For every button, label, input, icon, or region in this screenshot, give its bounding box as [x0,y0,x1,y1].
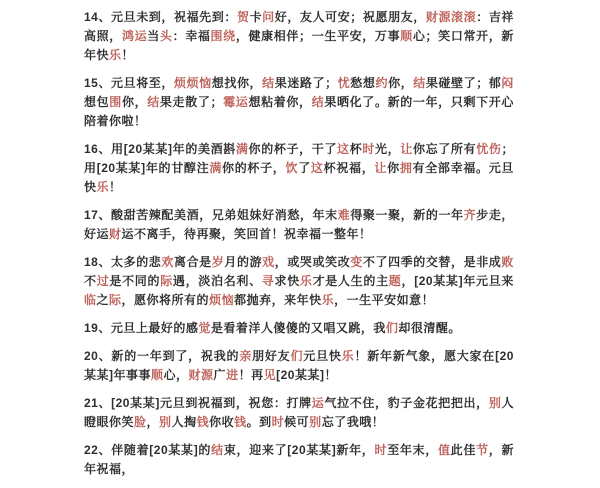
greeting-text: 想包 [84,95,109,109]
greeting-text: 你 [387,161,400,175]
greeting-text: ，一生平安如意！ [334,293,434,307]
highlighted-keyword: 临 [84,293,97,307]
highlighted-keyword: 戏 [262,255,275,269]
greeting-item-17: 17、酸甜苦辣配美酒，兄弟姐妹好消愁，年末难得聚一聚，新的一年齐步走，好运财运不… [84,206,514,244]
highlighted-keyword: 闷 [501,76,514,90]
highlighted-keyword: 际 [160,274,173,288]
greeting-text: 求快 [275,274,300,288]
greeting-text: 你忘了所有 [413,142,476,156]
greeting-text: 杯 [350,142,363,156]
greeting-text: 果走散了； [160,95,223,109]
greeting-text: 你的杯子， [222,161,286,175]
highlighted-keyword: 财源滚滚 [426,10,476,24]
greeting-text: ！再 [239,368,264,382]
highlighted-keyword: 满 [236,142,249,156]
greeting-text: 16、用[20某某]年的美酒斟 [84,142,236,156]
highlighted-keyword: 过 [97,274,110,288]
greeting-text: 光， [375,142,400,156]
highlighted-keyword: 结 [262,76,275,90]
greeting-text: 不 [84,274,97,288]
greeting-text: [20某某]！ [276,368,337,382]
greeting-text: 愁想 [350,76,375,90]
greeting-item-18: 18、太多的悲欢离合是岁月的游戏，或哭或笑改变不了四季的交替，是非成败不过是不同… [84,253,514,310]
greeting-text: 14、元旦未到，祝福先到： [84,10,237,24]
highlighted-keyword: 亲 [239,349,252,363]
highlighted-keyword: 围绕 [211,29,236,43]
greeting-text: 得聚一聚，新的一年 [350,208,463,222]
greeting-item-14: 14、元旦未到，祝福先到：贺卡问好，友人可安；祝愿朋友，财源滚滚：吉祥高照，鸿运… [84,8,514,65]
highlighted-keyword: 结 [413,76,426,90]
highlighted-keyword: 这 [337,142,350,156]
greeting-text: 心， [164,368,189,382]
highlighted-keyword: 别 [489,396,502,400]
highlighted-keyword: 贺 [237,10,250,24]
highlighted-keyword: 约 [375,76,388,90]
highlighted-keyword: 乐 [322,293,335,307]
highlighted-keyword: 乐 [97,180,110,194]
greeting-text: 却很清醒。 [398,321,461,335]
highlighted-keyword: 岁 [212,255,225,269]
greeting-text: 18、太多的悲 [84,255,161,269]
highlighted-keyword: 让 [374,161,387,175]
greeting-text: ，[20某某]年元旦来 [402,274,514,288]
greeting-text: 17、酸甜苦辣配美酒，兄弟姐妹好消愁，年末 [84,208,338,222]
highlighted-keyword: 乐 [109,48,122,62]
greeting-text: 气拉不住，豹子金花把把出， [324,396,488,400]
highlighted-keyword: 题 [389,274,402,288]
highlighted-keyword: 财 [109,227,122,241]
greeting-text: 都抛弃，来年快 [234,293,322,307]
highlighted-keyword: 见 [264,368,277,382]
greeting-text: 了 [298,161,311,175]
greeting-text: 19、元旦上最好的感 [84,321,198,335]
greetings-list: 14、元旦未到，祝福先到：贺卡问好，友人可安；祝愿朋友，财源滚滚：吉祥高照，鸿运… [84,8,514,400]
highlighted-keyword: 顺 [400,29,413,43]
highlighted-keyword: 结 [312,95,325,109]
greeting-text: 想粘着你， [248,95,311,109]
greeting-text: 想找你， [212,76,262,90]
highlighted-keyword: 忧 [338,76,351,90]
greeting-text: 运不离手，待再聚，笑回首！祝幸福一整年！ [122,227,372,241]
highlighted-keyword: 让 [400,142,413,156]
highlighted-keyword: 进 [226,368,239,382]
greeting-text: 遇，淡泊名利、 [173,274,262,288]
greeting-text: 不了四季的交替，是非成 [363,255,502,269]
greeting-item-15: 15、元旦将至，烦烦恼想找你，结果迷路了；忧愁想约你，结果碰壁了；郁闷想包围你，… [84,74,514,131]
highlighted-keyword: 问 [262,10,275,24]
greeting-text: 广 [214,368,227,382]
highlighted-keyword: 结 [147,95,160,109]
greeting-text: 是看着洋人傻傻的又唱又跳，我 [211,321,386,335]
greeting-text: 好，友人可安；祝愿朋友， [275,10,426,24]
greeting-text: 21、[20某某]元旦到祝福到，祝您：打牌 [84,396,312,400]
highlighted-keyword: 这 [311,161,324,175]
greeting-text: 20、新的一年到了，祝我的 [84,349,239,363]
greeting-item-20: 20、新的一年到了，祝我的亲朋好友们元旦快乐！新年新气象，愿大家在[20某某]年… [84,347,514,385]
greeting-text: 你的杯子，干了 [249,142,338,156]
greeting-text: 你， [122,95,147,109]
highlighted-keyword: 饮 [286,161,299,175]
highlighted-keyword: 寻 [262,274,275,288]
greeting-text: 杯祝福， [324,161,375,175]
greeting-text: 才是人生的主 [313,274,389,288]
greeting-text: ！ [122,48,135,62]
greeting-text: ，或哭或笑改 [275,255,351,269]
highlighted-keyword: 忧伤 [476,142,501,156]
highlighted-keyword: 觉 [198,321,211,335]
greeting-text: ！ [109,180,122,194]
highlighted-keyword: 乐 [342,349,355,363]
greeting-text: 果迷路了； [275,76,338,90]
greeting-item-19: 19、元旦上最好的感觉是看着洋人傻傻的又唱又跳，我们却很清醒。 [84,319,514,338]
highlighted-keyword: 齐 [464,208,477,222]
highlighted-keyword: 时 [362,142,375,156]
highlighted-keyword: 们 [386,321,399,335]
greeting-text: 你， [388,76,413,90]
highlighted-keyword: 败 [501,255,514,269]
greeting-text: 朋好友 [252,349,290,363]
highlighted-keyword: 运 [312,396,325,400]
greeting-text: 月的游 [224,255,262,269]
highlighted-keyword: 烦恼 [209,293,234,307]
highlighted-keyword: 乐 [300,274,313,288]
highlighted-keyword: 难 [338,208,351,222]
highlighted-keyword: 围 [109,95,122,109]
highlighted-keyword: 变 [350,255,363,269]
highlighted-keyword: 顺 [151,368,164,382]
highlighted-keyword: 鸿运 [122,29,147,43]
greeting-text: ，健康相伴；一生平安，万事 [236,29,400,43]
greeting-text: 离合是 [174,255,212,269]
greetings-document: 14、元旦未到，祝福先到：贺卡问好，友人可安；祝愿朋友，财源滚滚：吉祥高照，鸿运… [84,8,514,400]
greeting-text: 当 [147,29,160,43]
greeting-item-21: 21、[20某某]元旦到祝福到，祝您：打牌运气拉不住，豹子金花把把出，别人瞪眼你… [84,394,514,400]
highlighted-keyword: 头 [160,29,173,43]
greeting-text: 之 [97,293,110,307]
highlighted-keyword: 烦烦恼 [174,76,212,90]
greeting-text: ：幸福 [173,29,211,43]
greeting-text: 果碰壁了；郁 [426,76,502,90]
greeting-text: 是不同的 [109,274,160,288]
greeting-item-16: 16、用[20某某]年的美酒斟满你的杯子，干了这杯时光，让你忘了所有忧伤；用[2… [84,140,514,197]
greeting-text: 元旦快 [303,349,341,363]
greeting-text: 卡 [250,10,263,24]
highlighted-keyword: 欢 [161,255,174,269]
highlighted-keyword: 们 [290,349,303,363]
greeting-text: ，愿你将所有的 [122,293,210,307]
highlighted-keyword: 霉运 [223,95,248,109]
highlighted-keyword: 财源 [189,368,214,382]
highlighted-keyword: 拥 [400,161,413,175]
highlighted-keyword: 满 [209,161,222,175]
highlighted-keyword: 际 [109,293,122,307]
greeting-text: 15、元旦将至， [84,76,174,90]
